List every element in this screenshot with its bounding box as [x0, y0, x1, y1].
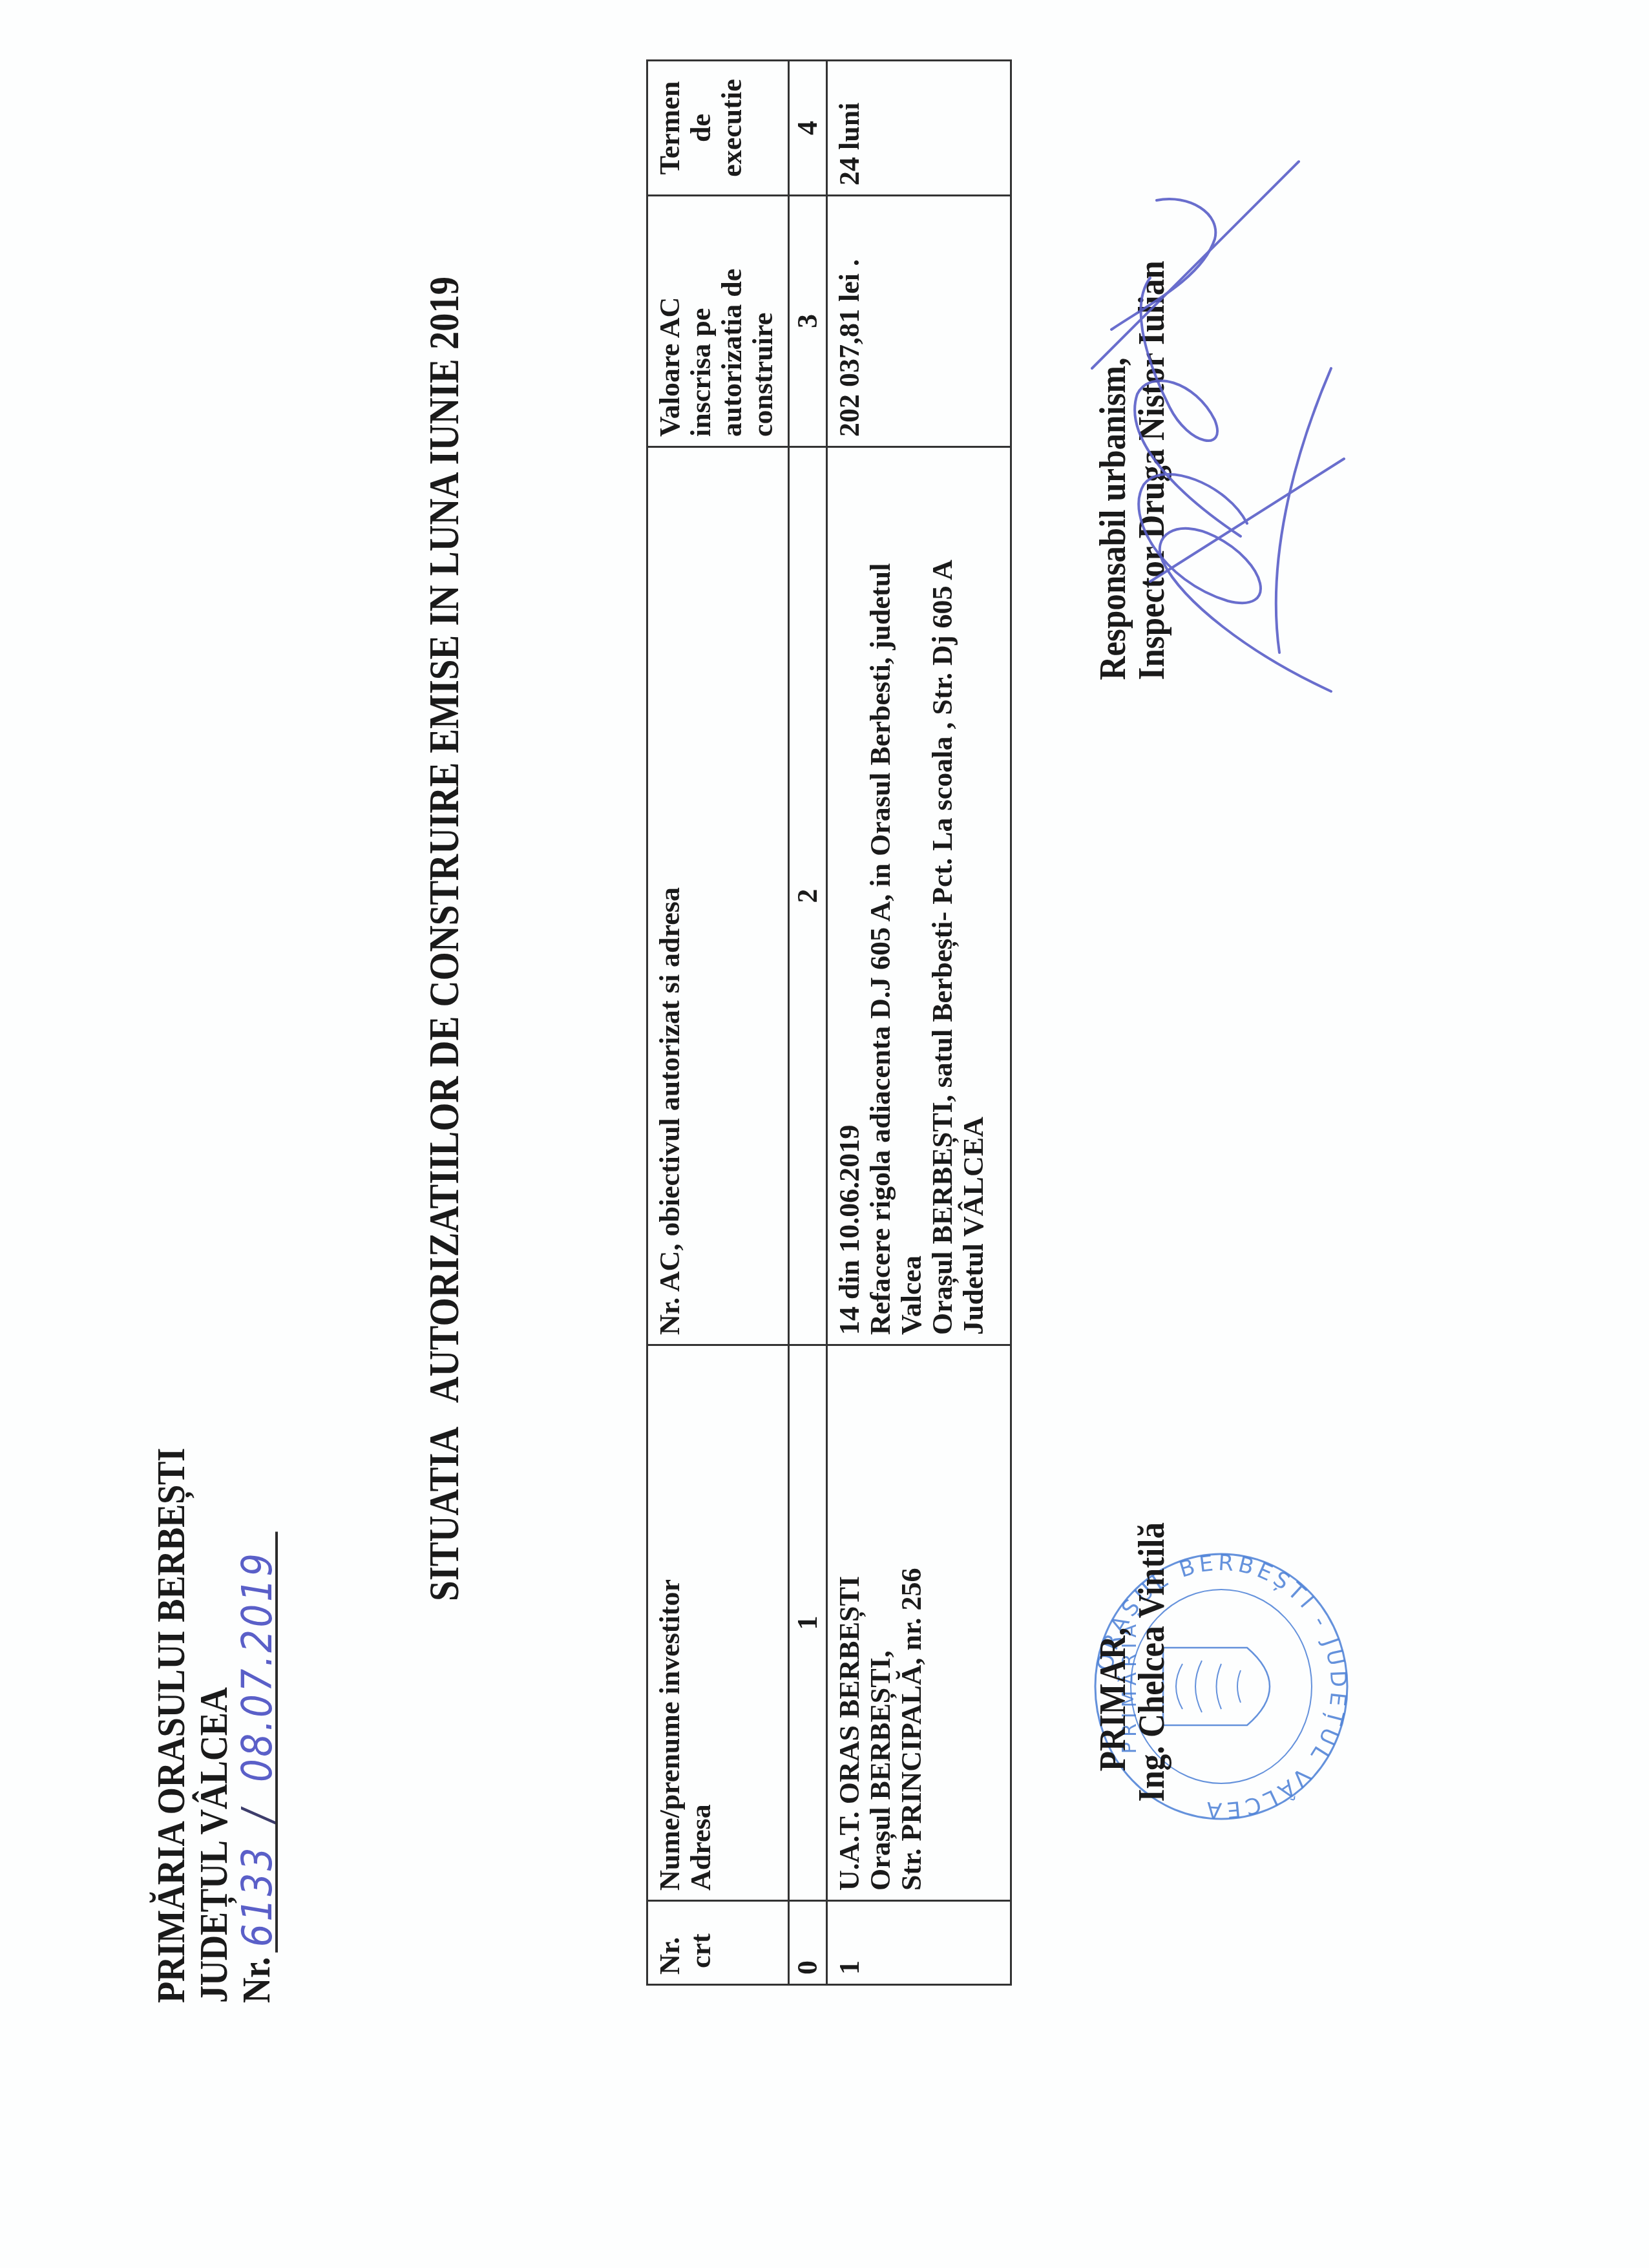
header-text: inscrisa pe	[686, 205, 717, 437]
header-text: Nr. AC, obiectivul autorizat si adresa	[655, 457, 686, 1335]
cell-investitor: U.A.T. ORAS BERBEȘTI Orașul BERBEȘTI, St…	[827, 1345, 1011, 1901]
registration-line: Nr. 6133 / 08.07.2019	[235, 1448, 278, 2003]
cell-line: Refacere rigola adiacenta D.J 605 A, in …	[865, 457, 896, 1335]
table-header-row: Nr. crt Nume/prenume investitor Adresa N…	[647, 61, 789, 1985]
header-text: autorizatia de	[717, 205, 748, 437]
header-text: de	[686, 70, 717, 185]
cell-line: 14 din 10.06.2019	[834, 457, 865, 1335]
mayor-name: Ing. Chelcea Vintilă	[1132, 1597, 1171, 1802]
document-title: SITUATIA AUTORIZATIILOR DE CONSTRUIRE EM…	[420, 473, 469, 1601]
column-number: 3	[789, 196, 827, 447]
column-number: 0	[789, 1901, 827, 1985]
column-number-row: 0 1 2 3 4	[789, 61, 827, 1985]
document-sheet: PRIMĂRIA ORASULUI BERBEȘTI JUDEȚUL VÂLCE…	[0, 0, 1649, 2268]
header-text: crt	[686, 1911, 717, 1975]
cell-line: Orașul BERBEȘTI,	[865, 1355, 896, 1891]
authorizations-table: Nr. crt Nume/prenume investitor Adresa N…	[646, 59, 1012, 1986]
institution-name: PRIMĂRIA ORASULUI BERBEȘTI	[150, 1448, 193, 2003]
cell-valoare: 202 037,81 lei .	[827, 196, 1011, 447]
header-text: Nume/prenume investitor	[655, 1355, 686, 1891]
cell-termen: 24 luni	[827, 61, 1011, 196]
cell-line: U.A.T. ORAS BERBEȘTI	[834, 1355, 865, 1891]
header-text: executie	[717, 70, 748, 185]
header-valoare: Valoare AC inscrisa pe autorizatia de co…	[647, 196, 789, 447]
cell-line: Orașul BERBEȘTI, satul Berbești- Pct. La…	[927, 457, 958, 1335]
cell-line: Valcea	[896, 457, 927, 1335]
header-obiectiv: Nr. AC, obiectivul autorizat si adresa	[647, 447, 789, 1345]
mayor-title: PRIMAR,	[1093, 1597, 1132, 1802]
column-number: 4	[789, 61, 827, 196]
mayor-signature-block: PRIMAR, Ing. Chelcea Vintilă	[1093, 1597, 1171, 1802]
header-text: Termen	[655, 70, 686, 185]
header-nr-crt: Nr. crt	[647, 1901, 789, 1985]
cell-nr-crt: 1	[827, 1901, 1011, 1985]
header-text: Adresa	[686, 1355, 717, 1891]
registration-separator: /	[236, 1807, 279, 1822]
registration-date: 08.07.2019	[236, 1551, 279, 1782]
county-name: JUDEȚUL VÂLCEA	[193, 1448, 235, 2003]
column-number: 1	[789, 1345, 827, 1901]
header-text: construire	[748, 205, 779, 437]
registration-field: 6133 / 08.07.2019	[235, 1532, 278, 1953]
header-investitor: Nume/prenume investitor Adresa	[647, 1345, 789, 1901]
header-text: Valoare AC	[655, 205, 686, 437]
column-number: 2	[789, 447, 827, 1345]
registration-number: 6133	[236, 1845, 279, 1947]
cell-obiectiv: 14 din 10.06.2019 Refacere rigola adiace…	[827, 447, 1011, 1345]
cell-line: Judetul VÂLCEA	[958, 457, 989, 1335]
header-termen: Termen de executie	[647, 61, 789, 196]
header-text: Nr.	[655, 1911, 686, 1975]
handwritten-signature-icon	[1086, 149, 1357, 730]
cell-line: Str. PRINCIPALĂ, nr. 256	[896, 1355, 927, 1891]
document-header: PRIMĂRIA ORASULUI BERBEȘTI JUDEȚUL VÂLCE…	[150, 1448, 278, 2003]
nr-label: Nr.	[235, 1957, 278, 2003]
table-row: 1 U.A.T. ORAS BERBEȘTI Orașul BERBEȘTI, …	[827, 61, 1011, 1985]
